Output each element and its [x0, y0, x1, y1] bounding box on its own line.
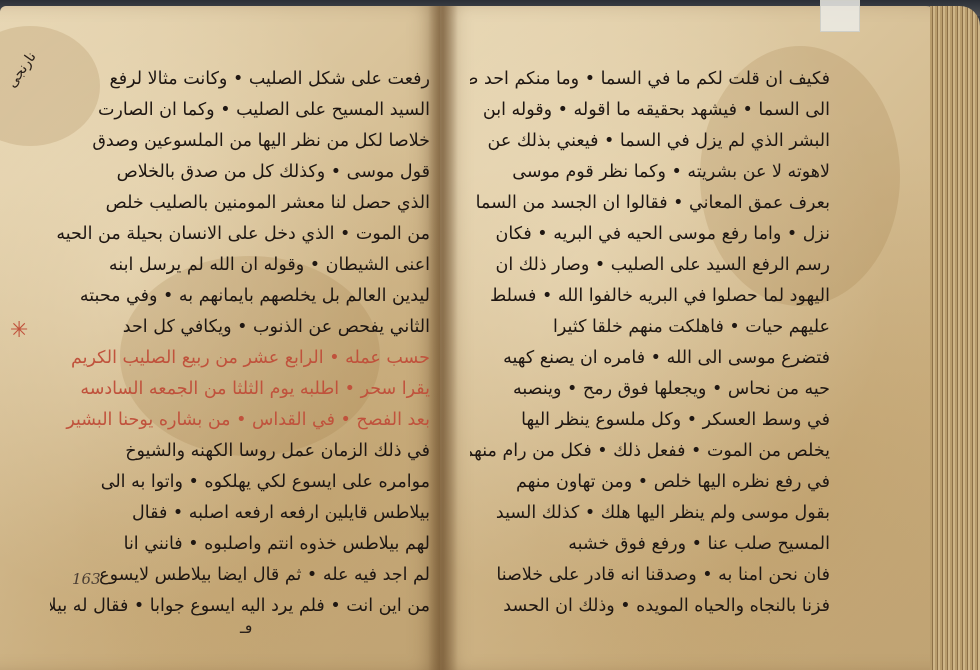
text-line: اعنى الشيطان • وقوله ان الله لم يرسل ابن… — [50, 250, 430, 281]
text-line: في ذلك الزمان عمل روسا الكهنه والشيوخ — [50, 436, 430, 467]
text-line: لهم بيلاطس خذوه انتم واصلبوه • فانني انا — [50, 529, 430, 560]
margin-ornament-icon: ✳ — [10, 318, 28, 343]
text-line: حيه من نحاس • ويجعلها فوق رمح • وينصبه — [470, 374, 830, 405]
text-line: فكيف ان قلت لكم ما في السما • وما منكم ا… — [470, 64, 830, 95]
right-page-text: فكيف ان قلت لكم ما في السما • وما منكم ا… — [470, 64, 830, 622]
rubric-line: بعد الفصح • في القداس • من بشاره يوحنا ا… — [50, 405, 430, 436]
text-line: موامره على ايسوع لكي يهلكوه • واتوا به ا… — [50, 467, 430, 498]
text-line: اليهود لما حصلوا في البريه خالفوا الله •… — [470, 281, 830, 312]
text-line: قول موسى • وكذلك كل من صدق بالخلاص — [50, 157, 430, 188]
text-line: بيلاطس قايلين ارفعه ارفعه اصلبه • فقال — [50, 498, 430, 529]
text-line: بعرف عمق المعاني • فقالوا ان الجسد من ال… — [470, 188, 830, 219]
text-line: نزل • واما رفع موسى الحيه في البريه • فك… — [470, 219, 830, 250]
text-line: عليهم حيات • فاهلكت منهم خلقا كثيرا — [470, 312, 830, 343]
rubric-line: حسب عمله • الرابع عشر من ربيع الصليب الك… — [50, 343, 430, 374]
text-line: يخلص من الموت • ففعل ذلك • فكل من رام من… — [470, 436, 830, 467]
binding-gutter — [428, 6, 458, 670]
text-line: في وسط العسكر • وكل ملسوع ينظر اليها — [470, 405, 830, 436]
text-line: من اين انت • فلم يرد اليه ايسوع جوابا • … — [50, 591, 430, 622]
text-line: من الموت • الذي دخل على الانسان بحيلة من… — [50, 219, 430, 250]
text-line: لم اجد فيه عله • ثم قال ايضا بيلاطس لايس… — [50, 560, 430, 591]
text-line: رفعت على شكل الصليب • وكانت مثالا لرفع — [50, 64, 430, 95]
text-line: فزنا بالنجاه والحياه المويده • وذلك ان ا… — [470, 591, 830, 622]
left-page-text: رفعت على شكل الصليب • وكانت مثالا لرفع ا… — [50, 64, 430, 622]
text-line: البشر الذي لم يزل في السما • فيعني بذلك … — [470, 126, 830, 157]
text-line: الثاني يفحص عن الذنوب • ويكافي كل احد — [50, 312, 430, 343]
manuscript-photo: نارنجى ✳ 163 ڡـ رفعت على شكل الصليب • وك… — [0, 0, 980, 670]
paper-tab — [820, 0, 860, 32]
text-line: ليدين العالم بل يخلصهم بايمانهم به • وفي… — [50, 281, 430, 312]
text-line: السيد المسيح على الصليب • وكما ان الصارت — [50, 95, 430, 126]
text-line: بقول موسى ولم ينظر اليها هلك • كذلك السي… — [470, 498, 830, 529]
text-line: الذي حصل لنا معشر المومنين بالصليب خلص — [50, 188, 430, 219]
text-line: خلاصا لكل من نظر اليها من الملسوعين وصدق — [50, 126, 430, 157]
text-line: فان نحن امنا به • وصدقنا انه قادر على خل… — [470, 560, 830, 591]
text-line: لاهوته لا عن بشريته • وكما نظر قوم موسى — [470, 157, 830, 188]
text-line: رسم الرفع السيد على الصليب • وصار ذلك ان — [470, 250, 830, 281]
text-line: في رفع نظره اليها خلص • ومن تهاون منهم — [470, 467, 830, 498]
text-line: فتضرع موسى الى الله • فامره ان يصنع كهيه — [470, 343, 830, 374]
rubric-line: يقرا سحر • اطلبه يوم الثلثا من الجمعه ال… — [50, 374, 430, 405]
text-line: المسيح صلب عنا • ورفع فوق خشبه — [470, 529, 830, 560]
page-edges — [930, 6, 980, 670]
text-line: الى السما • فيشهد بحقيقه ما اقوله • وقول… — [470, 95, 830, 126]
